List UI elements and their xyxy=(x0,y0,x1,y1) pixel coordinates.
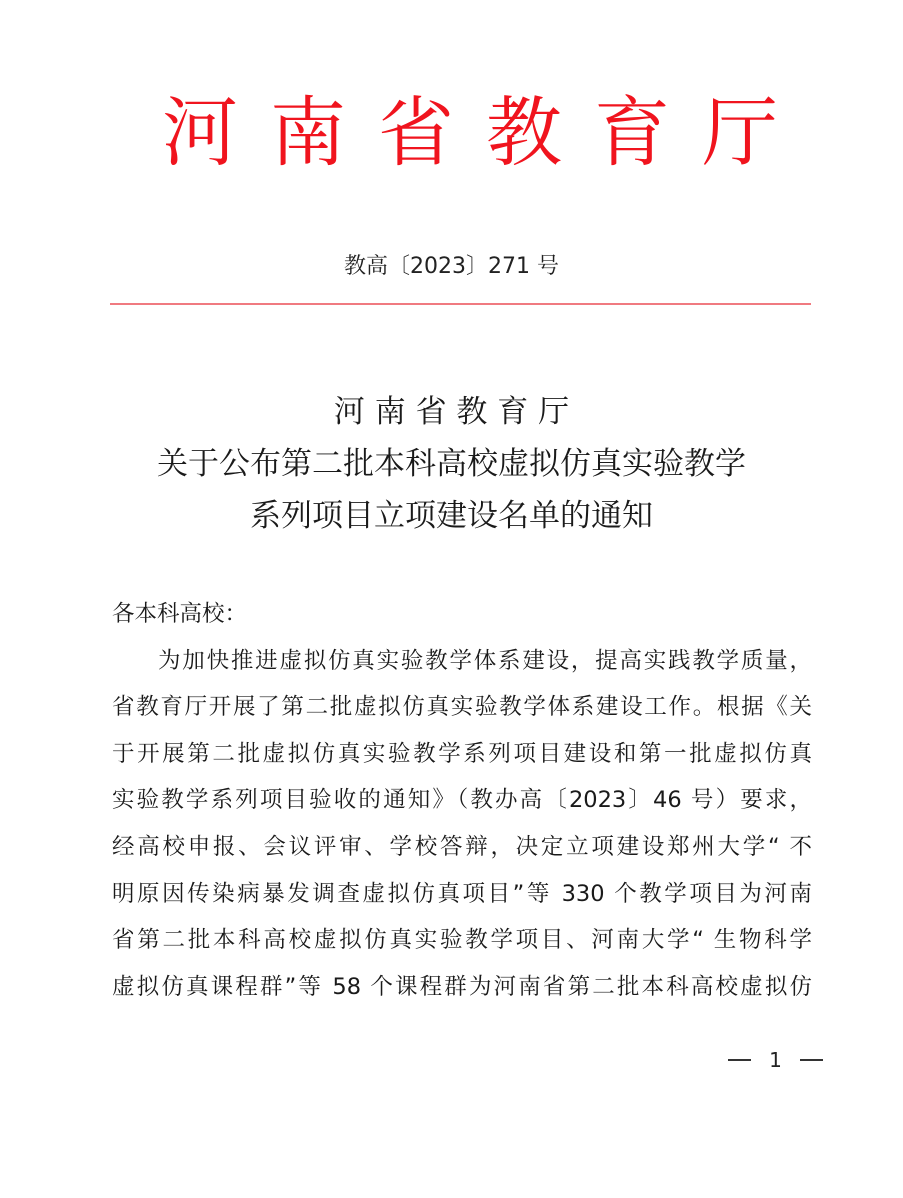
em-dash-left xyxy=(728,1059,751,1061)
body-line: 经高校申报、会议评审、学校答辩，决定立项建设郑州大学“ 不 xyxy=(112,827,812,874)
body-line: 明原因传染病暴发调查虚拟仿真项目”等 330 个教学项目为河南 xyxy=(112,874,812,921)
salutation: 各本科高校： xyxy=(112,594,812,641)
document-page: 河 南 省 教 育 厅 教高〔2023〕271 号 河 南 省 教 育 厅 关于… xyxy=(0,0,903,1198)
body-line: 省第二批本科高校虚拟仿真实验教学项目、河南大学“ 生物科学 xyxy=(112,920,812,967)
title-line-2: 系列项目立项建设名单的通知 xyxy=(0,490,903,542)
body-line: 实验教学系列项目验收的通知》（教办高〔2023〕46 号）要求， xyxy=(112,780,812,827)
masthead-issuer: 河 南 省 教 育 厅 xyxy=(155,78,785,188)
title-line-1: 关于公布第二批本科高校虚拟仿真实验教学 xyxy=(0,438,903,490)
page-number: 1 xyxy=(769,1048,782,1072)
body-line: 为加快推进虚拟仿真实验教学体系建设，提高实践教学质量， xyxy=(112,641,812,688)
em-dash-right xyxy=(800,1059,823,1061)
masthead-char: 育 xyxy=(587,78,677,188)
masthead-char: 省 xyxy=(371,78,461,188)
body-line: 于开展第二批虚拟仿真实验教学系列项目建设和第一批虚拟仿真 xyxy=(112,734,812,781)
masthead-char: 南 xyxy=(263,78,353,188)
red-divider-rule xyxy=(110,303,811,305)
document-number: 教高〔2023〕271 号 xyxy=(0,252,903,282)
page-number-footer: 1 xyxy=(728,1048,823,1072)
document-body: 各本科高校： 为加快推进虚拟仿真实验教学体系建设，提高实践教学质量， 省教育厅开… xyxy=(112,594,812,1013)
masthead-char: 河 xyxy=(155,78,245,188)
body-line: 虚拟仿真课程群”等 58 个课程群为河南省第二批本科高校虚拟仿 xyxy=(112,967,812,1014)
body-line: 省教育厅开展了第二批虚拟仿真实验教学体系建设工作。根据《关 xyxy=(112,687,812,734)
masthead-char: 教 xyxy=(479,78,569,188)
title-issuer-line: 河 南 省 教 育 厅 xyxy=(0,386,903,438)
masthead-char: 厅 xyxy=(695,78,785,188)
document-title: 河 南 省 教 育 厅 关于公布第二批本科高校虚拟仿真实验教学 系列项目立项建设… xyxy=(0,386,903,542)
